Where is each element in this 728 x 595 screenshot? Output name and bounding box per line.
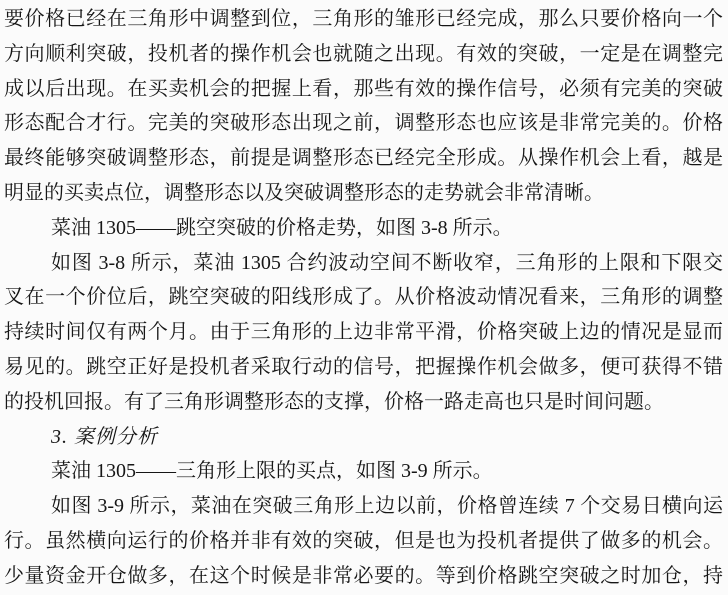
- text-line-8: 如图 3-8 所示，菜油 1305 合约波动空间不断收窄，三角形的上限和下限交: [4, 246, 723, 281]
- text-line-10: 持续时间仅有两个月。由于三角形的上边非常平滑，价格突破上边的情况是显而: [4, 315, 723, 350]
- text-line-15: 如图 3-9 所示，菜油在突破三角形上边以前，价格曾连续 7 个交易日横向运: [4, 489, 723, 524]
- text-line-4: 形态配合才行。完美的突破形态出现之前，调整形态也应该是非常完美的。价格: [4, 106, 723, 141]
- section-heading: 3. 案例分析: [4, 420, 723, 455]
- text-line-12: 的投机回报。有了三角形调整形态的支撑，价格一路走高也只是时间问题。: [4, 385, 723, 420]
- text-line-1: 要价格已经在三角形中调整到位，三角形的雏形已经完成，那么只要价格向一个: [4, 2, 723, 37]
- text-line-6: 明显的买卖点位，调整形态以及突破调整形态的走势就会非常清晰。: [4, 176, 723, 211]
- text-line-9: 叉在一个价位后，跳空突破的阳线形成了。从价格波动情况看来，三角形的调整: [4, 280, 723, 315]
- book-page: 要价格已经在三角形中调整到位，三角形的雏形已经完成，那么只要价格向一个 方向顺利…: [0, 0, 728, 595]
- text-line-5: 最终能够突破调整形态，前提是调整形态已经完全形成。从操作机会上看，越是: [4, 141, 723, 176]
- figure-ref-line-3-9: 菜油 1305——三角形上限的买点，如图 3-9 所示。: [4, 454, 723, 489]
- figure-ref-line-3-8: 菜油 1305——跳空突破的价格走势，如图 3-8 所示。: [4, 211, 723, 246]
- text-line-2: 方向顺利突破，投机者的操作机会也就随之出现。有效的突破，一定是在调整完: [4, 37, 723, 72]
- text-line-3: 成以后出现。在买卖机会的把握上看，那些有效的操作信号，必须有完美的突破: [4, 72, 723, 107]
- text-line-11: 易见的。跳空正好是投机者采取行动的信号，把握操作机会做多，便可获得不错: [4, 350, 723, 385]
- text-line-16: 行。虽然横向运行的价格并非有效的突破，但是也为投机者提供了做多的机会。: [4, 524, 723, 559]
- text-line-17: 少量资金开仓做多，在这个时候是非常必要的。等到价格跳空突破之时加仓，持: [4, 559, 723, 594]
